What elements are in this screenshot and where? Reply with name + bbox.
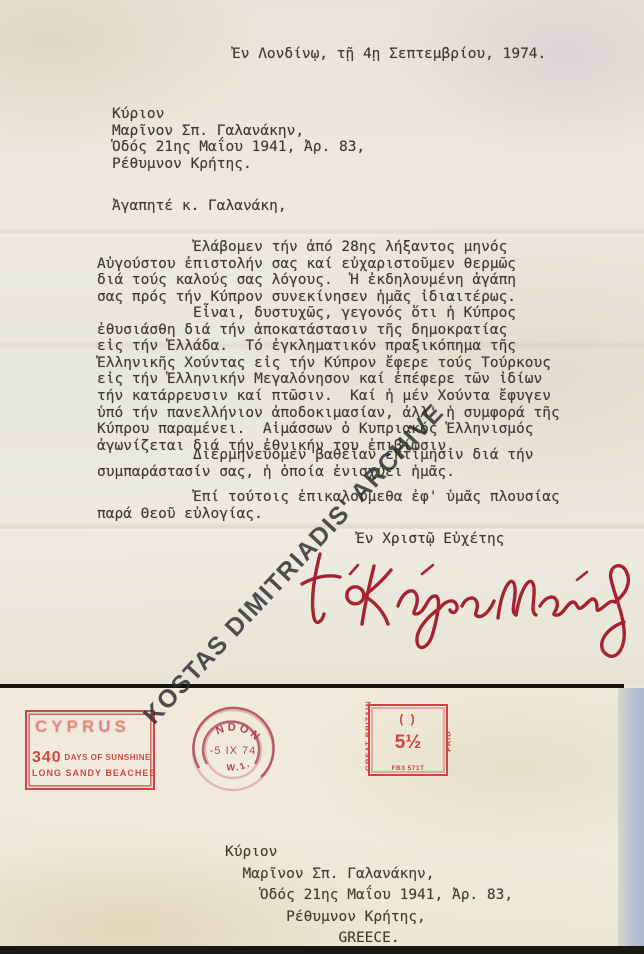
text-line: συμπαράστασίν σας, ἡ ὁποία ἐνισχύει ἡμᾶς… xyxy=(97,464,534,481)
makarios-signature xyxy=(294,544,634,672)
postage-value: 5½ xyxy=(370,732,446,754)
text-line: Ὁδός 21ης Μαΐου 1941, Ἀρ. 83, xyxy=(225,885,513,907)
text-line: Ἐπί τούτοις ἐπικαλούμεθα ἐφ' ὑμᾶς πλουσί… xyxy=(97,489,560,506)
text-line: Ὁδός 21ης Μαΐου 1941, Ἀρ. 83, xyxy=(112,139,365,156)
crown-mark: ( ) xyxy=(370,712,446,726)
recipient-address-block: ΚύριονΜαρῖνον Σπ. Γαλανάκην,Ὁδός 21ης Μα… xyxy=(112,106,365,172)
envelope: CYPRUS 340 DAYS OF SUNSHINE LONG SANDY B… xyxy=(0,688,644,954)
text-line: ἐθυσιάσθη διά τήν ἀποκατάστασιν τῆς δημο… xyxy=(97,322,560,339)
text-line: Εἶναι, δυστυχῶς, γεγονός ὅτι ἡ Κύπρος xyxy=(97,305,560,322)
letter-date: Ἐν Λονδίνῳ, τῇ 4ῃ Σεπτεμβρίου, 1974. xyxy=(232,46,546,63)
salutation: Ἀγαπητέ κ. Γαλανάκη, xyxy=(112,198,287,215)
body-paragraph-2: Εἶναι, δυστυχῶς, γεγονός ὅτι ἡ Κύπροςἐθυ… xyxy=(97,305,560,454)
letter-page: Ἐν Λονδίνῳ, τῇ 4ῃ Σεπτεμβρίου, 1974. Κύρ… xyxy=(0,0,644,686)
london-postmark: NDON -5 IX 74 W.1. xyxy=(185,702,281,798)
envelope-address-block: Κύριον Μαρῖνον Σπ. Γαλανάκην, Ὁδός 21ης … xyxy=(225,842,513,950)
text-line: διά τούς καλούς σας λόγους. Ἡ ἐκδηλουμέν… xyxy=(97,272,516,289)
scanned-letter-and-envelope: Ἐν Λονδίνῳ, τῇ 4ῃ Σεπτεμβρίου, 1974. Κύρ… xyxy=(0,0,644,954)
photo-bottom-edge xyxy=(0,946,644,954)
scan-background-strip xyxy=(618,688,644,954)
text-line: Κύριον xyxy=(225,842,513,864)
text-line: Μαρῖνον Σπ. Γαλανάκην, xyxy=(225,864,513,886)
meter-frame: ( ) 5½ FB3 571T xyxy=(368,704,448,776)
postmark-date: -5 IX 74 xyxy=(210,745,257,757)
text-line: Ἑλληνικῆς Χούντας εἰς τήν Κύπρον ἔφερε τ… xyxy=(97,355,560,372)
text-line: Κύπρου παραμένει. Αἱμάσσων ὁ Κυπριακός Ἑ… xyxy=(97,421,560,438)
meter-serial: FB3 571T xyxy=(370,765,446,772)
text-line: Μαρῖνον Σπ. Γαλανάκην, xyxy=(112,123,365,140)
cyprus-stamp-line1: 340 DAYS OF SUNSHINE xyxy=(32,749,151,767)
text-line: Αὐγούστου ἐπιστολήν σας καί εὐχαριστοῦμε… xyxy=(97,256,516,273)
paper-crease xyxy=(0,228,644,238)
cyprus-stamp-number: 340 xyxy=(32,749,62,766)
text-line: τήν κατάρρευσιν καί πτῶσιν. Καί ἡ μέν Χο… xyxy=(97,388,560,405)
text-line: Ρέθυμνον Κρήτης, xyxy=(225,907,513,929)
postmark-city-text: NDON xyxy=(214,722,264,745)
cyprus-stamp-line2: LONG SANDY BEACHES xyxy=(32,768,156,778)
body-paragraph-3: Διερμηνεύομεν βαθεῖαν ἐκτίμησιν διά τήνσ… xyxy=(97,447,534,480)
body-paragraph-1: Ἐλάβομεν τήν ἀπό 28ης λήξαντος μηνόςΑὐγο… xyxy=(97,239,516,305)
text-line: εἰς τήν Ἑλληνικήν Μεγαλόνησον καί ἐπέφερ… xyxy=(97,371,560,388)
cyprus-stamp-country: CYPRUS xyxy=(35,717,130,737)
svg-text:NDON: NDON xyxy=(214,722,264,745)
svg-text:W.1.: W.1. xyxy=(226,758,252,773)
text-line: σας πρός τήν Κύπρον συνεκίνησεν ἡμᾶς ἰδι… xyxy=(97,289,516,306)
text-line: Διερμηνεύομεν βαθεῖαν ἐκτίμησιν διά τήν xyxy=(97,447,534,464)
text-line: εἰς τήν Ἑλλάδα. Τό ἐγκληματικόν πραξικόπ… xyxy=(97,338,560,355)
text-line: Ρέθυμνον Κρήτης. xyxy=(112,156,365,173)
text-line: Ἐλάβομεν τήν ἀπό 28ης λήξαντος μηνός xyxy=(97,239,516,256)
great-britain-paid-meter: GREAT BRITAIN PAID ( ) 5½ FB3 571T xyxy=(350,700,466,782)
text-line: ὑπό τήν πανελλήνιον ἀποδοκιμασίαν, ἀλλ' … xyxy=(97,405,560,422)
postmark-district: W.1. xyxy=(226,758,252,773)
text-line: Κύριον xyxy=(112,106,365,123)
